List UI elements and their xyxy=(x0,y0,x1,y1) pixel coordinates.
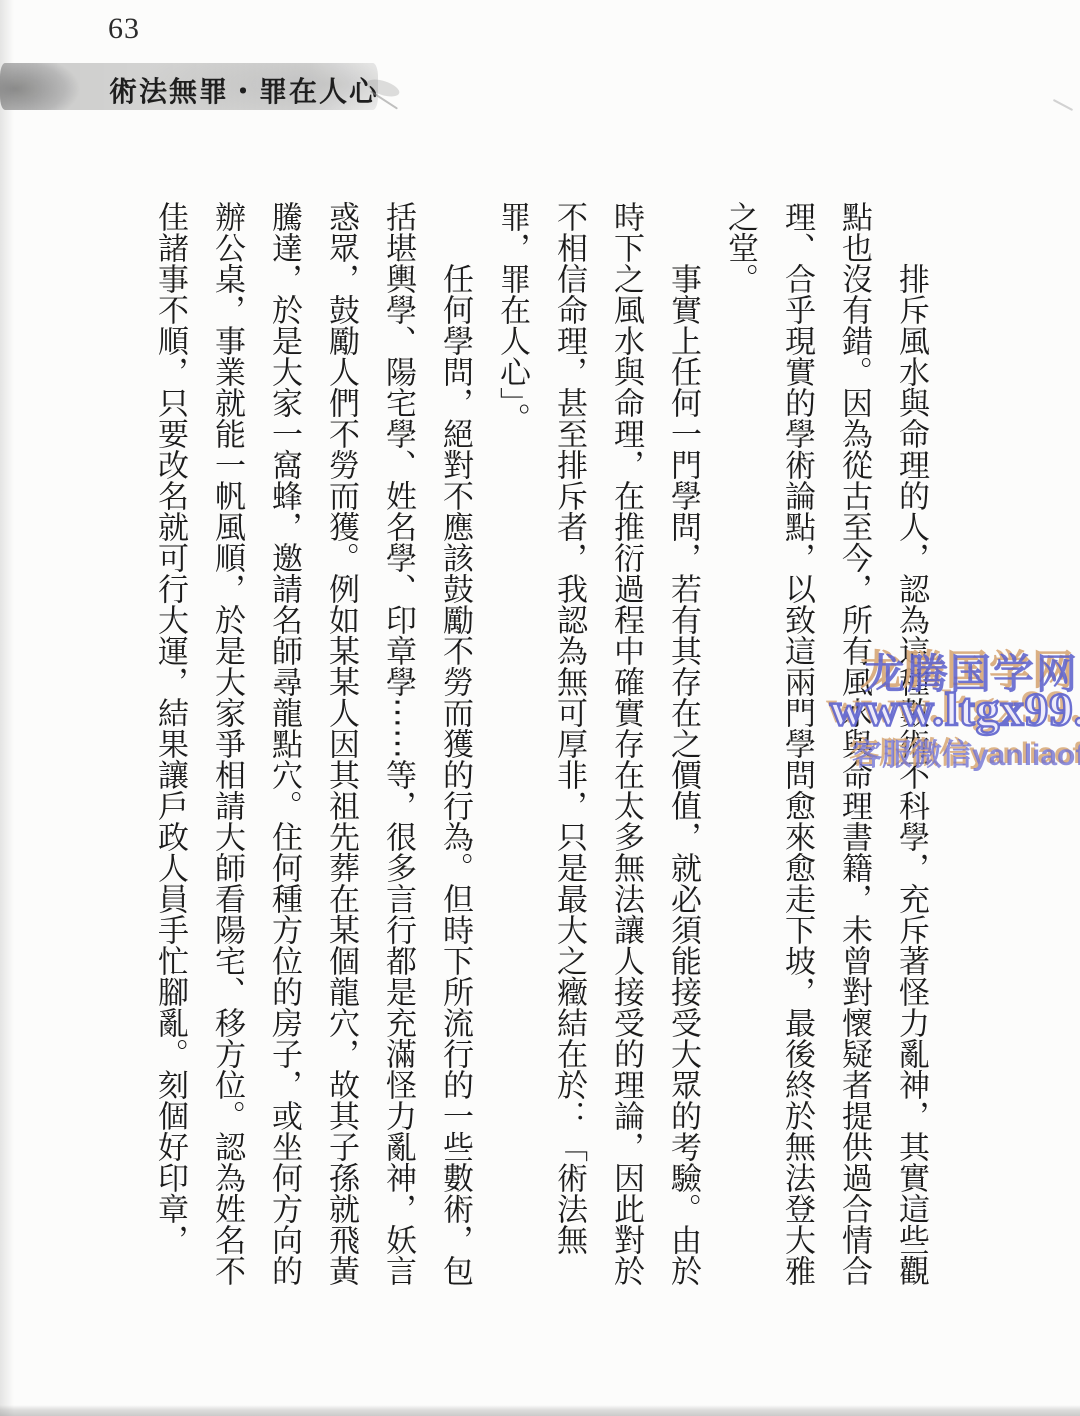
book-page: 63 術法無罪・罪在人心 排斥風水與命理的人，認為這種數術不科學，充斥著怪力亂神… xyxy=(0,0,1080,1416)
scan-artifact-scratch xyxy=(1053,99,1073,111)
vertical-text-block: 排斥風水與命理的人，認為這種數術不科學，充斥著怪力亂神，其實這些觀點也沒有錯。因… xyxy=(100,201,940,1301)
paragraph-2: 事實上任何一門學問，若有其存在之價值，就必須能接受大眾的考驗。由於時下之風水與命… xyxy=(484,201,712,1301)
scan-edge-shadow xyxy=(0,1405,1080,1416)
chapter-title: 術法無罪・罪在人心 xyxy=(109,70,379,110)
paragraph-3: 任何學問，絕對不應該鼓勵不勞而獲的行為。但時下所流行的一些數術，包括堪輿學、陽宅… xyxy=(142,201,484,1301)
page-number: 63 xyxy=(108,12,140,46)
paragraph-1: 排斥風水與命理的人，認為這種數術不科學，充斥著怪力亂神，其實這些觀點也沒有錯。因… xyxy=(712,201,940,1301)
